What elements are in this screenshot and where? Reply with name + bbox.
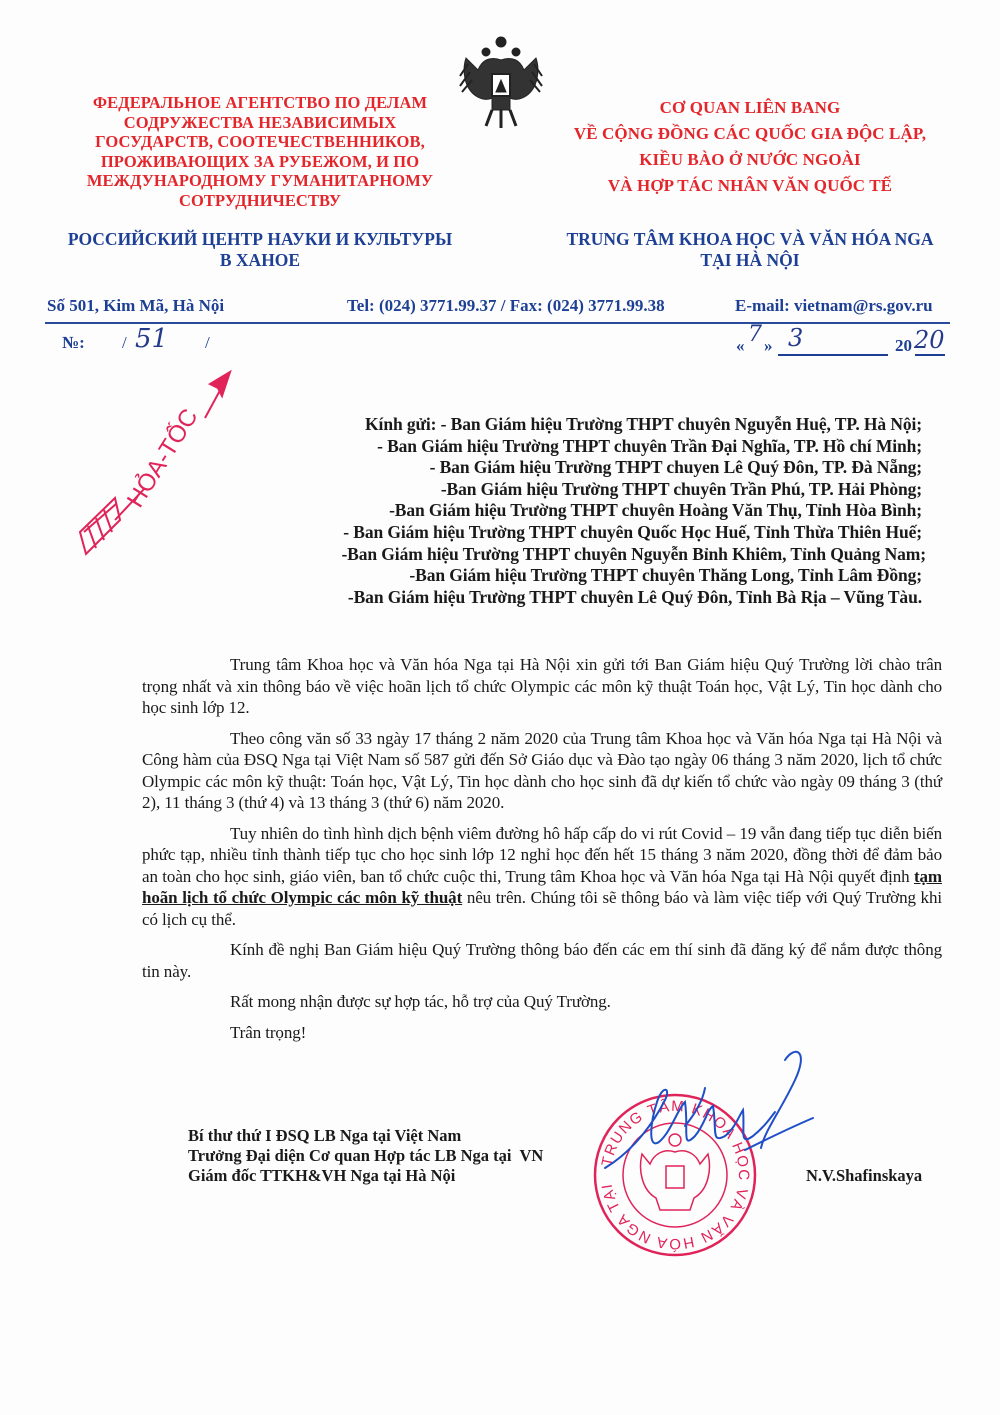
urgent-stamp: HỎA-TỐC <box>70 370 240 570</box>
body-paragraph: Trung tâm Khoa học và Văn hóa Nga tại Hà… <box>142 654 942 719</box>
recipient-item: - Ban Giám hiệu Trường THPT chuyên Trần … <box>222 436 922 458</box>
address: Số 501, Kim Mã, Hà Nội <box>47 296 224 316</box>
date-day: 7 <box>748 322 762 347</box>
center-name-ru: РОССИЙСКИЙ ЦЕНТР НАУКИ И КУЛЬТУРЫ В ХАНО… <box>45 229 475 271</box>
date-month-underline <box>778 354 888 356</box>
date-year-prefix: 20 <box>895 336 912 356</box>
handwritten-signature <box>585 1040 815 1210</box>
ref-slash-left: / <box>122 333 127 353</box>
recipient-item: - Ban Giám hiệu Trường THPT chuyen Lê Qu… <box>222 457 922 479</box>
body-paragraph: Theo công văn số 33 ngày 17 tháng 2 năm … <box>142 728 942 814</box>
date-open-quote: « <box>736 336 745 356</box>
closing: Trân trọng! <box>142 1022 942 1044</box>
signatory-title: Bí thư thứ I ĐSQ LB Nga tại Việt Nam <box>188 1126 543 1146</box>
agency-line: CƠ QUAN LIÊN BANG <box>540 95 960 121</box>
body-paragraph: Tuy nhiên do tình hình dịch bệnh viêm đư… <box>142 823 942 931</box>
date-year-underline <box>915 354 945 356</box>
body-paragraph: Rất mong nhận được sự hợp tác, hỗ trợ củ… <box>142 991 942 1013</box>
letter-body: Trung tâm Khoa học và Văn hóa Nga tại Hà… <box>142 654 942 1052</box>
date-month: 3 <box>788 324 803 352</box>
agency-line: VÀ HỢP TÁC NHÂN VĂN QUỐC TẾ <box>540 173 960 199</box>
signatory-title: Trưởng Đại diện Cơ quan Hợp tác LB Nga t… <box>188 1146 543 1166</box>
center-line: В ХАНОЕ <box>45 250 475 271</box>
signatory-name: N.V.Shafinskaya <box>806 1166 922 1186</box>
phone-fax: Tel: (024) 3771.99.37 / Fax: (024) 3771.… <box>347 296 665 316</box>
email-link[interactable]: E-mail: vietnam@rs.gov.ru <box>735 296 933 316</box>
recipient-item: -Ban Giám hiệu Trường THPT chuyên Nguyễn… <box>222 544 926 566</box>
agency-name-ru: ФЕДЕРАЛЬНОЕ АГЕНТСТВО ПО ДЕЛАМ СОДРУЖЕСТ… <box>60 93 460 210</box>
center-line: TRUNG TÂM KHOA HỌC VÀ VĂN HÓA NGA <box>540 229 960 250</box>
agency-line: KIỀU BÀO Ở NƯỚC NGOÀI <box>540 147 960 173</box>
ref-number-label: №: <box>62 333 85 353</box>
russian-coat-of-arms-icon <box>452 30 550 130</box>
agency-line: МЕЖДУНАРОДНОМУ ГУМАНИТАРНОМУ <box>60 171 460 191</box>
recipients-list: Kính gửi: - Ban Giám hiệu Trường THPT ch… <box>222 414 922 608</box>
signatory-title: Giám đốc TTKH&VH Nga tại Hà Nội <box>188 1166 543 1186</box>
recipient-item: -Ban Giám hiệu Trường THPT chuyên Hoàng … <box>222 500 922 522</box>
recipient-item: -Ban Giám hiệu Trường THPT chuyên Thăng … <box>222 565 922 587</box>
agency-line: СОДРУЖЕСТВА НЕЗАВИСИМЫХ <box>60 113 460 133</box>
agency-line: ГОСУДАРСТВ, СООТЕЧЕСТВЕННИКОВ, <box>60 132 460 152</box>
body-text-segment: Tuy nhiên do tình hình dịch bệnh viêm đư… <box>142 824 942 886</box>
agency-name-vi: CƠ QUAN LIÊN BANG VỀ CỘNG ĐỒNG CÁC QUỐC … <box>540 95 960 199</box>
body-paragraph: Kính đề nghị Ban Giám hiệu Quý Trường th… <box>142 939 942 982</box>
recipient-item: Kính gửi: - Ban Giám hiệu Trường THPT ch… <box>222 414 922 436</box>
agency-line: ПРОЖИВАЮЩИХ ЗА РУБЕЖОМ, И ПО <box>60 152 460 172</box>
date-close-quote: » <box>764 336 773 356</box>
agency-line: ФЕДЕРАЛЬНОЕ АГЕНТСТВО ПО ДЕЛАМ <box>60 93 460 113</box>
ref-slash-right: / <box>205 333 210 353</box>
recipient-item: -Ban Giám hiệu Trường THPT chuyên Lê Quý… <box>222 587 922 609</box>
center-line: РОССИЙСКИЙ ЦЕНТР НАУКИ И КУЛЬТУРЫ <box>45 229 475 250</box>
header-divider <box>45 322 950 324</box>
agency-line: СОТРУДНИЧЕСТВУ <box>60 191 460 211</box>
recipient-item: -Ban Giám hiệu Trường THPT chuyên Trần P… <box>222 479 922 501</box>
center-name-vi: TRUNG TÂM KHOA HỌC VÀ VĂN HÓA NGA TẠI HÀ… <box>540 229 960 271</box>
recipient-item: - Ban Giám hiệu Trường THPT chuyên Quốc … <box>222 522 922 544</box>
ref-number-value: 51 <box>135 324 168 354</box>
agency-line: VỀ CỘNG ĐỒNG CÁC QUỐC GIA ĐỘC LẬP, <box>540 121 960 147</box>
date-year-suffix: 20 <box>914 326 945 354</box>
signatory-titles: Bí thư thứ I ĐSQ LB Nga tại Việt Nam Trư… <box>188 1126 543 1186</box>
center-line: TẠI HÀ NỘI <box>540 250 960 271</box>
